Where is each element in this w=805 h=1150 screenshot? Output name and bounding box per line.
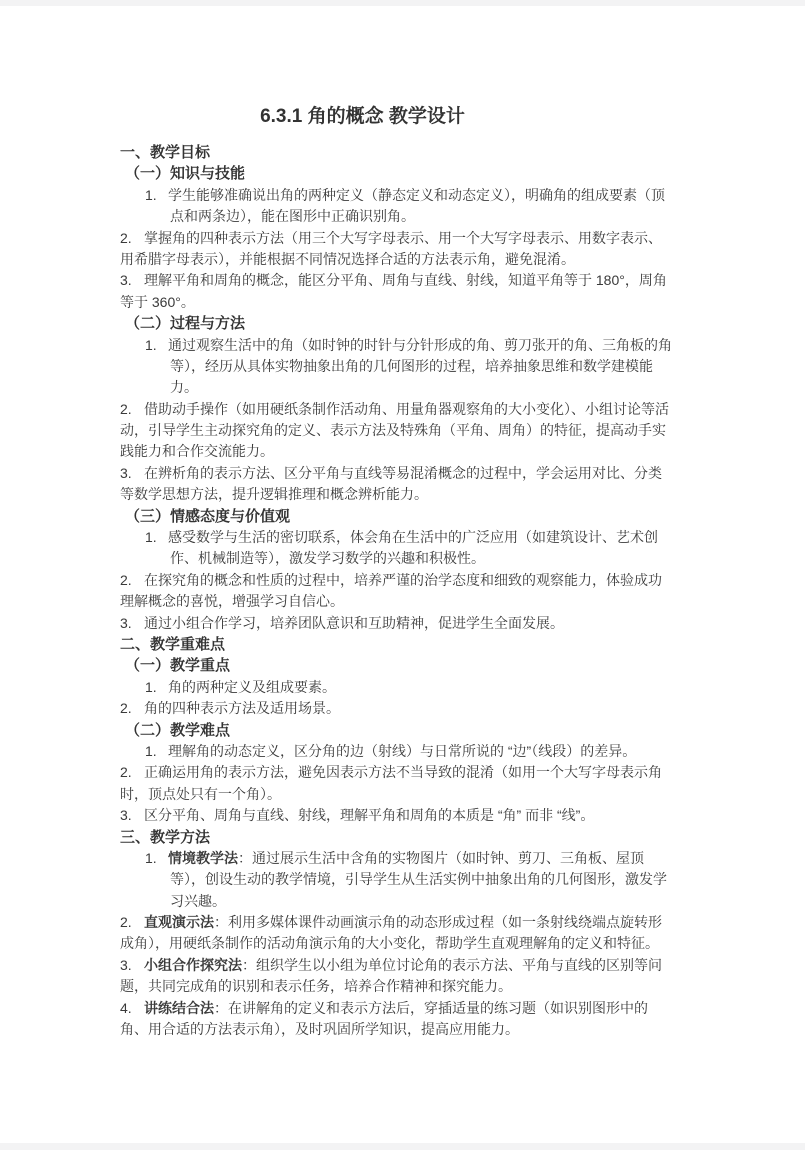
subsection-heading: （一）知识与技能 — [120, 163, 769, 184]
line-text: 题，共同完成角的识别和表示任务，培养合作精神和探究能力。 — [120, 978, 512, 994]
list-number: 2. — [120, 698, 132, 719]
paragraph-wrap-line: 时，顶点处只有一个角）。 — [120, 784, 769, 805]
line-text: 通过观察生活中的角（如时钟的时针与分针形成的角、剪刀张开的角、三角板的角 — [168, 337, 672, 353]
list-number: 2. — [120, 228, 132, 249]
paragraph-wrap-line: 等数学思想方法，提升逻辑推理和概念辨析能力。 — [120, 484, 769, 505]
line-text: （二）过程与方法 — [125, 315, 245, 332]
line-text: 等于 360°。 — [120, 294, 195, 310]
numbered-paragraph-first-line: 2.正确运用角的表示方法，避免因表示方法不当导致的混淆（如用一个大写字母表示角 — [120, 762, 769, 783]
paragraph-wrap-line: 动，引导学生主动探究角的定义、表示方法及特殊角（平角、周角）的特征，提高动手实 — [120, 420, 769, 441]
list-item-first-line: 1.感受数学与生活的密切联系，体会角在生活中的广泛应用（如建筑设计、艺术创 — [120, 527, 769, 548]
list-number: 2. — [120, 912, 132, 933]
line-text: （三）情感态度与价值观 — [125, 508, 290, 525]
numbered-paragraph-first-line: 3.小组合作探究法：组织学生以小组为单位讨论角的表示方法、平角与直线的区别等问 — [120, 955, 769, 976]
method-name: 直观演示法 — [144, 914, 214, 930]
document-title: 6.3.1 角的概念 教学设计 — [0, 104, 725, 130]
line-text: 二、教学重难点 — [120, 636, 225, 653]
line-text: 时，顶点处只有一个角）。 — [120, 786, 281, 802]
document-lines: 一、教学目标（一）知识与技能1.学生能够准确说出角的两种定义（静态定义和动态定义… — [0, 142, 805, 1040]
line-text: 等数学思想方法，提升逻辑推理和概念辨析能力。 — [120, 486, 428, 502]
document-page: 6.3.1 角的概念 教学设计 一、教学目标（一）知识与技能1.学生能够准确说出… — [0, 6, 805, 1143]
line-text: 等），创设生动的教学情境，引导学生从生活实例中抽象出角的几何图形，激发学 — [170, 871, 667, 887]
list-number: 3. — [120, 463, 132, 484]
line-text: 掌握角的四种表示方法（用三个大写字母表示、用一个大写字母表示、用数字表示、 — [144, 230, 662, 246]
line-text: 在探究角的概念和性质的过程中，培养严谨的治学态度和细致的观察能力，体验成功 — [144, 572, 662, 588]
numbered-paragraph-first-line: 4.讲练结合法：在讲解角的定义和表示方法后，穿插适量的练习题（如识别图形中的 — [120, 998, 769, 1019]
paragraph-wrap-line: 等于 360°。 — [120, 292, 769, 313]
numbered-paragraph-first-line: 3.理解平角和周角的概念，能区分平角、周角与直线、射线，知道平角等于 180°，… — [120, 270, 769, 291]
line-text: 成角），用硬纸条制作的活动角演示角的大小变化，帮助学生直观理解角的定义和特征。 — [120, 935, 659, 951]
list-number: 3. — [120, 955, 132, 976]
line-text: 习兴趣。 — [170, 893, 226, 909]
line-text: 在辨析角的表示方法、区分平角与直线等易混淆概念的过程中，学会运用对比、分类 — [144, 465, 662, 481]
line-text: 理解角的动态定义，区分角的边（射线）与日常所说的 “边”（线段）的差异。 — [168, 743, 636, 759]
list-item-first-line: 1.理解角的动态定义，区分角的边（射线）与日常所说的 “边”（线段）的差异。 — [120, 741, 769, 762]
list-number: 3. — [120, 805, 132, 826]
line-text: 学生能够准确说出角的两种定义（静态定义和动态定义），明确角的组成要素（顶 — [168, 187, 665, 203]
method-name: 讲练结合法 — [144, 1000, 214, 1016]
line-text: ：在讲解角的定义和表示方法后，穿插适量的练习题（如识别图形中的 — [214, 1000, 648, 1016]
numbered-paragraph-first-line: 3.在辨析角的表示方法、区分平角与直线等易混淆概念的过程中，学会运用对比、分类 — [120, 463, 769, 484]
line-text: ：利用多媒体课件动画演示角的动态形成过程（如一条射线绕端点旋转形 — [214, 914, 662, 930]
paragraph-wrap-line: 题，共同完成角的识别和表示任务，培养合作精神和探究能力。 — [120, 976, 769, 997]
line-text: ：通过展示生活中含角的实物图片（如时钟、剪刀、三角板、屋顶 — [238, 850, 644, 866]
line-text: 角的四种表示方法及适用场景。 — [144, 700, 340, 716]
subsection-heading: （三）情感态度与价值观 — [120, 506, 769, 527]
list-number: 3. — [120, 270, 132, 291]
list-item-first-line: 1.学生能够准确说出角的两种定义（静态定义和动态定义），明确角的组成要素（顶 — [120, 185, 769, 206]
line-text: 力。 — [170, 379, 198, 395]
line-text: 角的两种定义及组成要素。 — [168, 679, 336, 695]
line-text: 三、教学方法 — [120, 829, 210, 846]
list-item-wrap-line: 作、机械制造等），激发学习数学的兴趣和积极性。 — [120, 548, 769, 569]
method-name: 情境教学法 — [168, 850, 238, 866]
list-number: 2. — [120, 570, 132, 591]
line-text: （一）知识与技能 — [125, 165, 245, 182]
numbered-paragraph-first-line: 2.角的四种表示方法及适用场景。 — [120, 698, 769, 719]
line-text: （一）教学重点 — [125, 657, 230, 674]
list-number: 2. — [120, 399, 132, 420]
paragraph-wrap-line: 成角），用硬纸条制作的活动角演示角的大小变化，帮助学生直观理解角的定义和特征。 — [120, 933, 769, 954]
numbered-paragraph-first-line: 3.区分平角、周角与直线、射线，理解平角和周角的本质是 “角” 而非 “线”。 — [120, 805, 769, 826]
list-number: 3. — [120, 613, 132, 634]
line-text: 等），经历从具体实物抽象出角的几何图形的过程，培养抽象思维和数学建模能 — [170, 358, 653, 374]
line-text: 点和两条边），能在图形中正确识别角。 — [170, 208, 415, 224]
paragraph-wrap-line: 用希腊字母表示），并能根据不同情况选择合适的方法表示角，避免混淆。 — [120, 249, 769, 270]
list-number: 1. — [145, 527, 157, 548]
list-number: 1. — [145, 741, 157, 762]
line-text: 作、机械制造等），激发学习数学的兴趣和积极性。 — [170, 550, 485, 566]
line-text: 通过小组合作学习，培养团队意识和互助精神，促进学生全面发展。 — [144, 615, 564, 631]
list-item-wrap-line: 等），经历从具体实物抽象出角的几何图形的过程，培养抽象思维和数学建模能 — [120, 356, 769, 377]
list-number: 1. — [145, 848, 157, 869]
paragraph-wrap-line: 角、用合适的方法表示角），及时巩固所学知识，提高应用能力。 — [120, 1019, 769, 1040]
paragraph-wrap-line: 践能力和合作交流能力。 — [120, 441, 769, 462]
list-item-wrap-line: 习兴趣。 — [120, 891, 769, 912]
line-text: 动，引导学生主动探究角的定义、表示方法及特殊角（平角、周角）的特征，提高动手实 — [120, 422, 666, 438]
line-text: 理解平角和周角的概念，能区分平角、周角与直线、射线，知道平角等于 180°，周角 — [144, 272, 667, 288]
numbered-paragraph-first-line: 2.直观演示法：利用多媒体课件动画演示角的动态形成过程（如一条射线绕端点旋转形 — [120, 912, 769, 933]
line-text: 践能力和合作交流能力。 — [120, 443, 274, 459]
line-text: ：组织学生以小组为单位讨论角的表示方法、平角与直线的区别等问 — [242, 957, 662, 973]
list-item-first-line: 1.角的两种定义及组成要素。 — [120, 677, 769, 698]
list-number: 4. — [120, 998, 132, 1019]
list-item-wrap-line: 力。 — [120, 377, 769, 398]
list-item-first-line: 1.通过观察生活中的角（如时钟的时针与分针形成的角、剪刀张开的角、三角板的角 — [120, 335, 769, 356]
line-text: 感受数学与生活的密切联系，体会角在生活中的广泛应用（如建筑设计、艺术创 — [168, 529, 658, 545]
list-number: 2. — [120, 762, 132, 783]
line-text: 借助动手操作（如用硬纸条制作活动角、用量角器观察角的大小变化）、小组讨论等活 — [144, 401, 669, 417]
section-heading: 二、教学重难点 — [120, 634, 769, 655]
list-item-wrap-line: 点和两条边），能在图形中正确识别角。 — [120, 206, 769, 227]
list-item-wrap-line: 等），创设生动的教学情境，引导学生从生活实例中抽象出角的几何图形，激发学 — [120, 869, 769, 890]
list-number: 1. — [145, 185, 157, 206]
line-text: 一、教学目标 — [120, 144, 210, 161]
list-number: 1. — [145, 335, 157, 356]
line-text: 角、用合适的方法表示角），及时巩固所学知识，提高应用能力。 — [120, 1021, 519, 1037]
numbered-paragraph-first-line: 2.掌握角的四种表示方法（用三个大写字母表示、用一个大写字母表示、用数字表示、 — [120, 228, 769, 249]
line-text: 区分平角、周角与直线、射线，理解平角和周角的本质是 “角” 而非 “线”。 — [144, 807, 594, 823]
line-text: （二）教学难点 — [125, 722, 230, 739]
section-heading: 三、教学方法 — [120, 827, 769, 848]
numbered-paragraph-first-line: 3.通过小组合作学习，培养团队意识和互助精神，促进学生全面发展。 — [120, 613, 769, 634]
line-text: 正确运用角的表示方法，避免因表示方法不当导致的混淆（如用一个大写字母表示角 — [144, 764, 662, 780]
numbered-paragraph-first-line: 2.借助动手操作（如用硬纸条制作活动角、用量角器观察角的大小变化）、小组讨论等活 — [120, 399, 769, 420]
subsection-heading: （二）过程与方法 — [120, 313, 769, 334]
section-heading: 一、教学目标 — [120, 142, 769, 163]
line-text: 理解概念的喜悦，增强学习自信心。 — [120, 593, 344, 609]
numbered-paragraph-first-line: 2.在探究角的概念和性质的过程中，培养严谨的治学态度和细致的观察能力，体验成功 — [120, 570, 769, 591]
line-text: 用希腊字母表示），并能根据不同情况选择合适的方法表示角，避免混淆。 — [120, 251, 575, 267]
paragraph-wrap-line: 理解概念的喜悦，增强学习自信心。 — [120, 591, 769, 612]
subsection-heading: （二）教学难点 — [120, 720, 769, 741]
subsection-heading: （一）教学重点 — [120, 655, 769, 676]
method-name: 小组合作探究法 — [144, 957, 242, 973]
list-item-first-line: 1.情境教学法：通过展示生活中含角的实物图片（如时钟、剪刀、三角板、屋顶 — [120, 848, 769, 869]
list-number: 1. — [145, 677, 157, 698]
